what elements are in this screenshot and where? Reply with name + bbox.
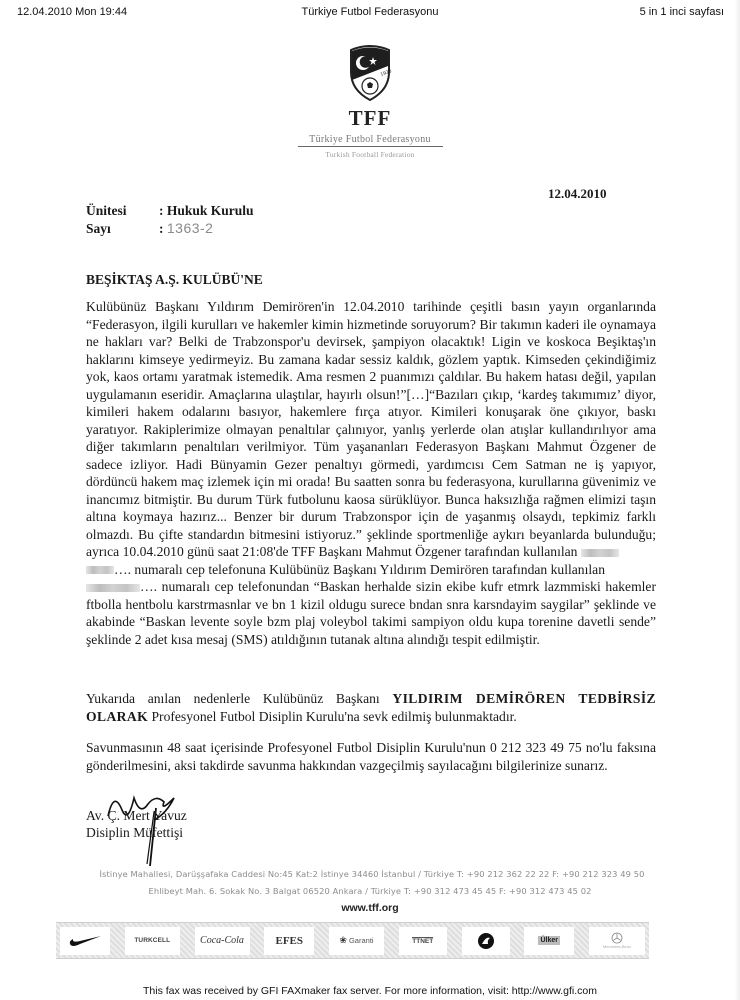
redacted-phone: [86, 566, 114, 574]
fax-page-number: 5 in 1 inci sayfası: [640, 6, 724, 18]
signatory-name: Av. Ç. Mert Yavuz: [86, 807, 187, 824]
number-prefix: :: [159, 221, 164, 236]
sponsor-turkish-airlines: [462, 927, 510, 955]
paragraph-text: Yukarıda anılan nedenlerle Kulübünüz Baş…: [86, 691, 380, 706]
signatory-title: Disiplin Müfettişi: [86, 824, 187, 841]
federation-name-tr: Türkiye Futbol Federasyonu: [0, 134, 740, 145]
fax-header: 12.04.2010 Mon 19:44 Türkiye Futbol Fede…: [0, 6, 740, 22]
handwritten-number: 1363-2: [167, 220, 214, 236]
paragraph-text: …. numaralı cep telefonuna Kulübünüz Baş…: [114, 562, 605, 577]
recipient: BEŞİKTAŞ A.Ş. KULÜBÜ'NE: [86, 272, 263, 288]
number-row: Sayı: 1363-2: [86, 220, 213, 237]
sponsor-efes: EFES: [264, 927, 314, 955]
federation-name-en: Turkish Football Federation: [0, 150, 740, 159]
redacted-phone: [581, 549, 619, 557]
sponsor-strip: TURKCELL Coca-Cola EFES ❀Garanti TTNET Ü…: [56, 922, 649, 959]
sponsor-turkcell: TURKCELL: [125, 927, 180, 955]
redacted-phone: [86, 584, 140, 592]
number-label: Sayı: [86, 221, 159, 237]
unit-row: Ünitesi: Hukuk Kurulu: [86, 203, 254, 219]
sponsor-garanti: ❀Garanti: [329, 927, 384, 955]
address-istanbul: İstinye Mahallesi, Darüşşafaka Caddesi N…: [2, 869, 740, 879]
paragraph-defense: Savunmasının 48 saat içerisinde Profesyo…: [86, 739, 656, 774]
sponsor-mercedes: Mercedes-Benz: [589, 927, 645, 955]
address-ankara: Ehlibeyt Mah. 6. Sokak No. 3 Balgat 0652…: [0, 886, 740, 896]
garanti-clover-icon: ❀: [339, 935, 347, 946]
turkish-airlines-icon: [477, 932, 495, 950]
paragraph-referral: Yukarıda anılan nedenlerle Kulübünüz Baş…: [86, 690, 656, 725]
paragraph-text: …. numaralı cep telefonundan “Baskan her…: [86, 579, 656, 647]
letterhead: 1923 TFF Türkiye Futbol Federasyonu Turk…: [0, 44, 740, 159]
sponsor-coca-cola: Coca-Cola: [195, 927, 250, 955]
sponsor-nike: [60, 927, 110, 955]
scan-edge: [734, 0, 740, 1000]
letterhead-divider: [298, 146, 443, 147]
paragraph-text: Profesyonel Futbol Disiplin Kurulu'na se…: [151, 709, 516, 724]
unit-label: Ünitesi: [86, 203, 159, 219]
tff-crest-icon: 1923: [347, 44, 393, 102]
fax-server-footer: This fax was received by GFI FAXmaker fa…: [0, 985, 740, 997]
nike-swoosh-icon: [68, 934, 102, 948]
website-link[interactable]: www.tff.org: [0, 902, 740, 914]
unit-value: : Hukuk Kurulu: [159, 203, 254, 218]
mercedes-star-icon: [611, 932, 623, 944]
sponsor-ttnet: TTNET: [399, 927, 447, 955]
sponsor-ulker: Ülker: [524, 927, 574, 955]
document-date: 12.04.2010: [548, 186, 607, 202]
signature-block: Av. Ç. Mert Yavuz Disiplin Müfettişi: [86, 807, 187, 841]
paragraph-text: Kulübünüz Başkanı Yıldırım Demirören'in …: [86, 299, 656, 559]
tff-abbreviation: TFF: [0, 106, 740, 131]
paragraph-charges: Kulübünüz Başkanı Yıldırım Demirören'in …: [86, 298, 656, 648]
fax-sender: Türkiye Futbol Federasyonu: [0, 6, 740, 18]
